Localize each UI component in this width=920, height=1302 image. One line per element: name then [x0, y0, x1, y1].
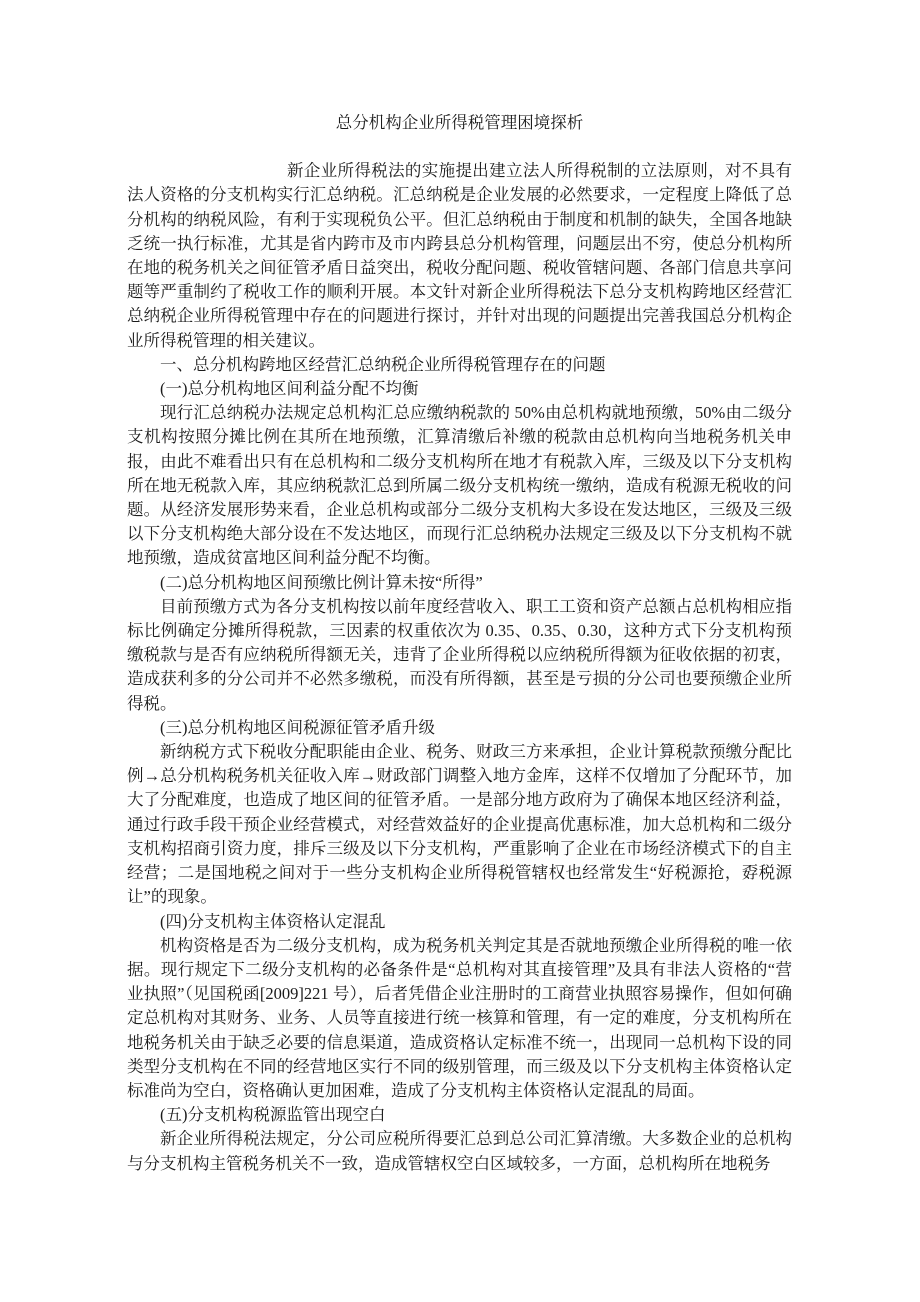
body-paragraph-1: 现行汇总纳税办法规定总机构汇总应缴纳税款的 50%由总机构就地预缴，50%由二级…	[127, 401, 792, 570]
subsection-heading-5: (五)分支机构税源监管出现空白	[127, 1103, 792, 1127]
document-page: 总分机构企业所得税管理困境探析 新企业所得税法的实施提出建立法人所得税制的立法原…	[0, 0, 920, 1302]
body-paragraph-4: 机构资格是否为二级分支机构，成为税务机关判定其是否就地预缴企业所得税的唯一依据。…	[127, 934, 792, 1103]
subsection-heading-2: (二)总分机构地区间预缴比例计算未按“所得”	[127, 571, 792, 595]
body-paragraph-5: 新企业所得税法规定，分公司应税所得要汇总到总公司汇算清缴。大多数企业的总机构与分…	[127, 1127, 792, 1175]
document-title: 总分机构企业所得税管理困境探析	[127, 111, 792, 135]
subsection-heading-3: (三)总分机构地区间税源征管矛盾升级	[127, 716, 792, 740]
body-paragraph-2: 目前预缴方式为各分支机构按以前年度经营收入、职工工资和资产总额占总机构相应指标比…	[127, 595, 792, 716]
intro-paragraph: 新企业所得税法的实施提出建立法人所得税制的立法原则，对不具有法人资格的分支机构实…	[127, 159, 792, 353]
body-paragraph-3: 新纳税方式下税收分配职能由企业、税务、财政三方来承担，企业计算税款预缴分配比例→…	[127, 740, 792, 909]
subsection-heading-1: (一)总分机构地区间利益分配不均衡	[127, 377, 792, 401]
subsection-heading-4: (四)分支机构主体资格认定混乱	[127, 910, 792, 934]
section-heading-1: 一、总分机构跨地区经营汇总纳税企业所得税管理存在的问题	[127, 353, 792, 377]
